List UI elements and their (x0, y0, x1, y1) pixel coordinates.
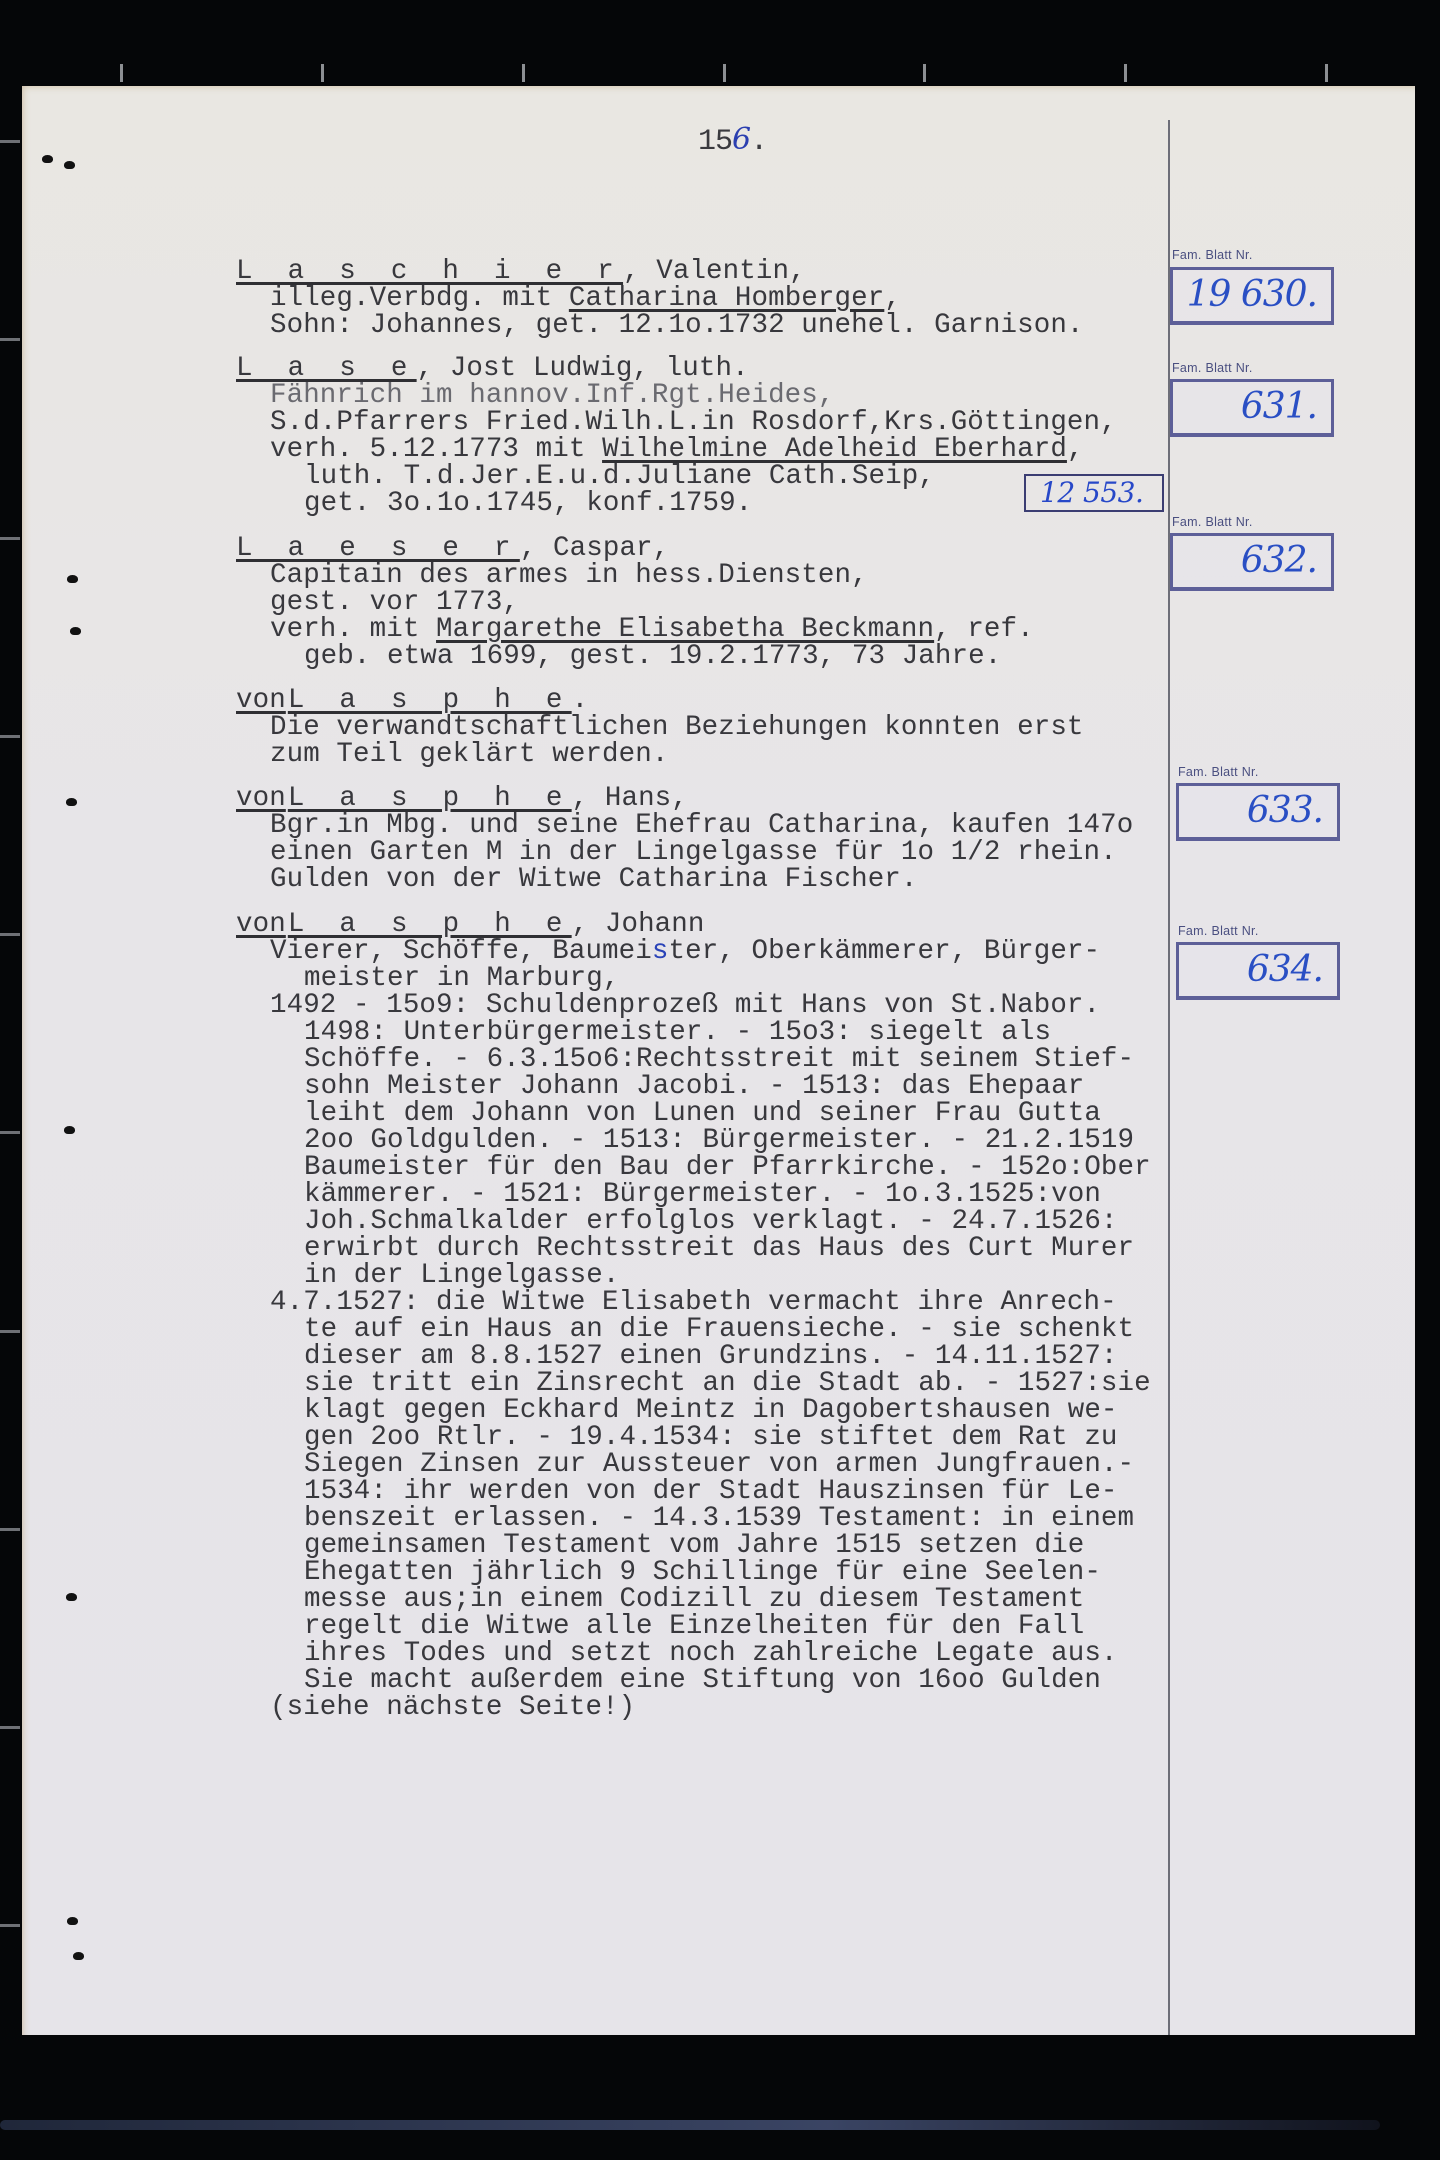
scan-tick-mark (0, 1330, 20, 1333)
entry-line: Capitain des armes in hess.Diensten, (270, 562, 868, 590)
entry-line: benszeit erlassen. - 14.3.1539 Testament… (304, 1505, 1134, 1533)
fam-blatt-box: 634. (1176, 942, 1340, 1000)
page-number: 156. (698, 122, 767, 159)
fam-blatt-label: Fam. Blatt Nr. (1172, 515, 1253, 529)
entry-line: Fähnrich im hannov.Inf.Rgt.Heides, (270, 382, 835, 410)
entry-line: in der Lingelgasse. (304, 1262, 619, 1290)
entry-line: 1498: Unterbürgermeister. - 15o3: siegel… (304, 1019, 1051, 1047)
fam-blatt-number: 633. (1247, 790, 1323, 831)
entry-line: 4.7.1527: die Witwe Elisabeth vermacht i… (270, 1289, 1117, 1317)
entry-line: 1534: ihr werden von der Stadt Hauszinse… (304, 1478, 1118, 1506)
fam-blatt-label: Fam. Blatt Nr. (1178, 765, 1259, 779)
entry-line: luth. T.d.Jer.E.u.d.Juliane Cath.Seip, (304, 463, 935, 491)
reference-number-box: 12 553. (1024, 474, 1164, 512)
scan-tick-mark (120, 64, 123, 82)
entry-line: kämmerer. - 1521: Bürgermeister. - 1o.3.… (304, 1181, 1101, 1209)
entry-line: S.d.Pfarrers Fried.Wilh.L.in Rosdorf,Krs… (270, 409, 1117, 437)
entry-line: Baumeister für den Bau der Pfarrkirche. … (304, 1154, 1151, 1182)
entry-line: illeg.Verbdg. mit Catharina Homberger, (270, 285, 901, 313)
entry-line: meister in Marburg, (304, 965, 619, 993)
scan-tick-mark (923, 64, 926, 82)
entry-heading: vonL a s p h e. (236, 687, 588, 715)
punch-hole (66, 1593, 77, 1601)
entry-line: sohn Meister Johann Jacobi. - 1513: das … (304, 1073, 1084, 1101)
handwritten-page-digit: 6 (732, 122, 750, 157)
entry-line: Joh.Schmalkalder erfolglos verklagt. - 2… (304, 1208, 1118, 1236)
entry-line: Siegen Zinsen zur Aussteuer von armen Ju… (304, 1451, 1134, 1479)
entry-line: Gulden von der Witwe Catharina Fischer. (270, 866, 918, 894)
entry-line: ihres Todes und setzt noch zahlreiche Le… (304, 1640, 1118, 1668)
entry-line: Vierer, Schöffe, Baumeister, Oberkämmere… (270, 938, 1100, 966)
scan-tick-mark (723, 64, 726, 82)
scan-tick-mark (0, 140, 20, 143)
scan-tick-mark (0, 735, 20, 738)
entry-line: Bgr.in Mbg. und seine Ehefrau Catharina,… (270, 812, 1133, 840)
entry-line: zum Teil geklärt werden. (270, 741, 668, 769)
punch-hole (73, 1952, 84, 1960)
entry-line: Sohn: Johannes, get. 12.1o.1732 unehel. … (270, 312, 1084, 340)
scan-tick-mark (1124, 64, 1127, 82)
scan-tick-mark (321, 64, 324, 82)
entry-line: geb. etwa 1699, gest. 19.2.1773, 73 Jahr… (304, 643, 1001, 671)
entry-line: einen Garten M in der Lingelgasse für 1o… (270, 839, 1117, 867)
fam-blatt-label: Fam. Blatt Nr. (1172, 248, 1253, 262)
entry-heading: L a e s e r, Caspar, (236, 535, 669, 563)
entry-line: messe aus;in einem Codizill zu diesem Te… (304, 1586, 1084, 1614)
entry-line: gemeinsamen Testament vom Jahre 1515 set… (304, 1532, 1084, 1560)
entry-line: klagt gegen Eckhard Meintz in Dagobertsh… (304, 1397, 1118, 1425)
entry-line: 1492 - 15o9: Schuldenprozeß mit Hans von… (270, 992, 1100, 1020)
fam-blatt-box: 19 630. (1170, 267, 1334, 325)
punch-hole (64, 161, 75, 169)
scan-tick-mark (522, 64, 525, 82)
entry-line: 2oo Goldgulden. - 1513: Bürgermeister. -… (304, 1127, 1134, 1155)
scan-tick-mark (0, 933, 20, 936)
fam-blatt-number: 19 630. (1187, 274, 1317, 315)
entry-line: erwirbt durch Rechtsstreit das Haus des … (304, 1235, 1134, 1263)
entry-line: gest. vor 1773, (270, 589, 519, 617)
entry-line: verh. mit Margarethe Elisabetha Beckmann… (270, 616, 1034, 644)
entry-line: get. 3o.1o.1745, konf.1759. (304, 490, 752, 518)
scanner-glare (0, 2120, 1380, 2130)
handwritten-reference-number: 12 553. (1040, 476, 1143, 509)
entry-line: te auf ein Haus an die Frauensieche. - s… (304, 1316, 1134, 1344)
fam-blatt-label: Fam. Blatt Nr. (1178, 924, 1259, 938)
entry-line: Sie macht außerdem eine Stiftung von 16o… (304, 1667, 1101, 1695)
punch-hole (67, 575, 78, 583)
scan-tick-mark (1325, 64, 1328, 82)
fam-blatt-number: 631. (1241, 386, 1317, 427)
punch-hole (64, 1126, 75, 1134)
entry-line: (siehe nächste Seite!) (270, 1694, 635, 1722)
document-page: 156. L a s c h i e r, Valentin, illeg.Ve… (22, 86, 1415, 2035)
entry-line: leiht dem Johann von Lunen und seiner Fr… (304, 1100, 1101, 1128)
fam-blatt-box: 631. (1170, 379, 1334, 437)
fam-blatt-box: 632. (1170, 533, 1334, 591)
entry-heading: vonL a s p h e, Hans, (236, 785, 688, 813)
fam-blatt-label: Fam. Blatt Nr. (1172, 361, 1253, 375)
punch-hole (70, 627, 81, 635)
entry-heading: L a s c h i e r, Valentin, (236, 258, 806, 286)
punch-hole (66, 798, 77, 806)
scan-tick-mark (0, 537, 20, 540)
fam-blatt-box: 633. (1176, 783, 1340, 841)
entry-line: gen 2oo Rtlr. - 19.4.1534: sie stiftet d… (304, 1424, 1118, 1452)
entry-line: Die verwandtschaftlichen Beziehungen kon… (270, 714, 1084, 742)
scan-tick-mark (0, 1131, 20, 1134)
entry-line: Ehegatten jährlich 9 Schillinge für eine… (304, 1559, 1101, 1587)
entry-line: sie tritt ein Zinsrecht an die Stadt ab.… (304, 1370, 1151, 1398)
scan-tick-mark (0, 1924, 20, 1927)
punch-hole (67, 1917, 78, 1925)
scan-tick-mark (0, 338, 20, 341)
entry-line: dieser am 8.8.1527 einen Grundzins. - 14… (304, 1343, 1118, 1371)
scan-tick-mark (0, 1726, 20, 1729)
entry-heading: vonL a s p h e, Johann (236, 911, 704, 939)
entry-heading: L a s e, Jost Ludwig, luth. (236, 355, 749, 383)
scan-tick-mark (0, 1528, 20, 1531)
entry-line: Schöffe. - 6.3.15o6:Rechtsstreit mit sei… (304, 1046, 1134, 1074)
entry-line: regelt die Witwe alle Einzelheiten für d… (304, 1613, 1084, 1641)
fam-blatt-number: 634. (1247, 949, 1323, 990)
handwritten-correction: s (652, 936, 669, 967)
punch-hole (42, 155, 53, 163)
fam-blatt-number: 632. (1241, 540, 1317, 581)
entry-line: verh. 5.12.1773 mit Wilhelmine Adelheid … (270, 436, 1084, 464)
